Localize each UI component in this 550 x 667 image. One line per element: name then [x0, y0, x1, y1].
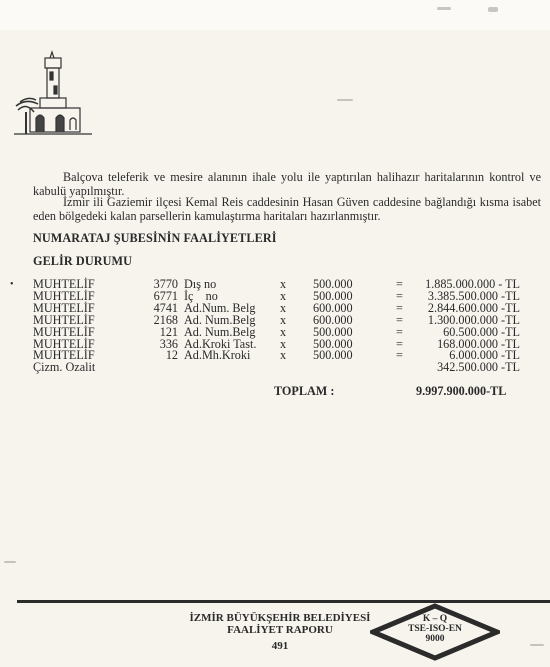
row-multiply: x	[280, 326, 286, 338]
clock-tower-logo-icon	[12, 50, 94, 138]
row-amount: 1.300.000.000 -TL	[396, 314, 520, 326]
paragraph: İzmir ili Gaziemir ilçesi Kemal Reis cad…	[33, 195, 541, 224]
row-quantity: 2168	[140, 314, 178, 326]
row-quantity: 4741	[140, 302, 178, 314]
footer-organization: İZMİR BÜYÜKŞEHİR BELEDİYESİ FAALİYET RAP…	[175, 612, 385, 636]
badge-line2: TSE-ISO-EN	[370, 624, 500, 634]
page-number: 491	[175, 640, 385, 652]
table-row: MUHTELİF121Ad. Num.Belgx500.000=60.500.0…	[0, 326, 550, 338]
row-quantity: 121	[140, 326, 178, 338]
badge-line1: K – Q	[370, 614, 500, 624]
row-description: Ad.Mh.Kroki	[184, 349, 250, 361]
row-description: Ad. Num.Belg	[184, 314, 255, 326]
paragraph-text: İzmir ili Gaziemir ilçesi Kemal Reis cad…	[33, 195, 541, 223]
section-heading: NUMARATAJ ŞUBESİNİN FAALİYETLERİ	[33, 231, 277, 246]
row-unit-price: 600.000	[313, 302, 353, 314]
row-quantity: 12	[140, 349, 178, 361]
quality-badge: K – Q TSE-ISO-EN 9000	[370, 614, 500, 644]
total-value: 9.997.900.000-TL	[416, 384, 506, 399]
total-label: TOPLAM :	[274, 384, 334, 399]
row-multiply: x	[280, 314, 286, 326]
row-multiply: x	[280, 349, 286, 361]
row-description: Ad. Num.Belg	[184, 326, 255, 338]
row-amount: 2.844.600.000 -TL	[396, 302, 520, 314]
row-name: MUHTELİF	[33, 302, 95, 314]
row-unit-price: 500.000	[313, 326, 353, 338]
row-amount: 342.500.000 -TL	[396, 361, 520, 373]
page-top-band	[0, 0, 550, 30]
scan-mark	[4, 561, 16, 563]
row-unit-price: 500.000	[313, 349, 353, 361]
table-row: MUHTELİF2168Ad. Num.Belgx600.000=1.300.0…	[0, 314, 550, 326]
scan-mark	[530, 644, 544, 646]
row-name: MUHTELİF	[33, 314, 95, 326]
badge-line3: 9000	[370, 634, 500, 644]
footer-org-line1: İZMİR BÜYÜKŞEHİR BELEDİYESİ	[175, 612, 385, 624]
table-row: MUHTELİF4741Ad.Num. Belgx600.000=2.844.6…	[0, 302, 550, 314]
row-amount: 60.500.000 -TL	[396, 326, 520, 338]
subheading: GELİR DURUMU	[33, 254, 132, 269]
row-name: MUHTELİF	[33, 326, 95, 338]
scan-mark	[437, 7, 451, 10]
row-multiply: x	[280, 302, 286, 314]
row-unit-price: 600.000	[313, 314, 353, 326]
scan-mark	[488, 7, 498, 12]
row-name: Çizm. Ozalit	[33, 361, 95, 373]
row-description: Ad.Num. Belg	[184, 302, 255, 314]
footer-org-line2: FAALİYET RAPORU	[175, 624, 385, 636]
scan-mark	[337, 99, 353, 101]
table-row: Çizm. Ozalit342.500.000 -TL	[0, 361, 550, 373]
